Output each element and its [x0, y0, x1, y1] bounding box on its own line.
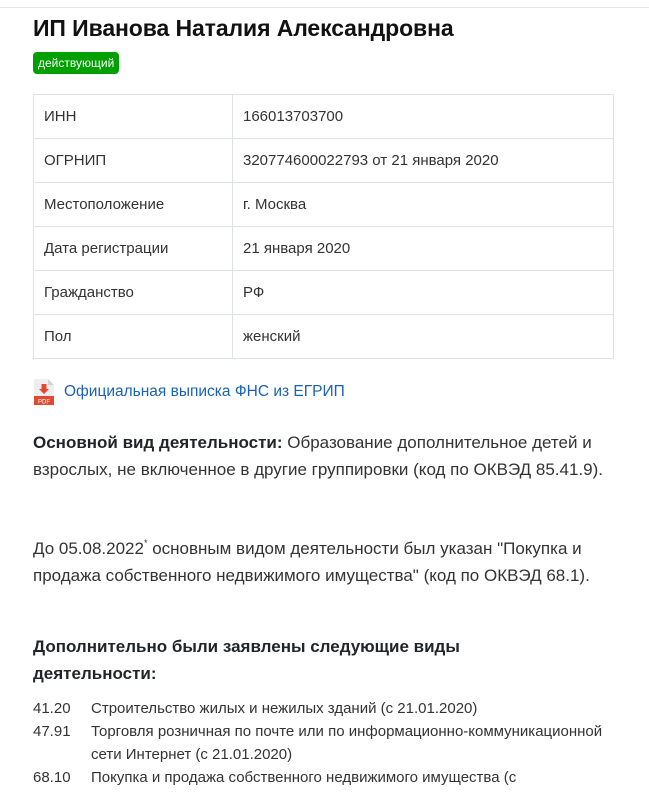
activity-code: 41.20 — [33, 697, 91, 720]
previous-activity-date: До 05.08.2022 — [33, 539, 144, 558]
egrip-extract-link[interactable]: PDF Официальная выписка ФНС из ЕГРИП — [33, 378, 345, 406]
main-activity-label: Основной вид деятельности: — [33, 433, 283, 452]
list-item: 41.20 Строительство жилых и нежилых здан… — [33, 697, 623, 720]
list-item: 68.10 Покупка и продажа собственного нед… — [33, 766, 623, 789]
egrip-extract-label: Официальная выписка ФНС из ЕГРИП — [64, 383, 345, 401]
row-key: Гражданство — [34, 271, 233, 315]
row-value: 166013703700 — [233, 95, 614, 139]
activity-desc: Строительство жилых и нежилых зданий (с … — [91, 697, 623, 720]
top-cutoff-strip — [0, 0, 649, 8]
row-key: Местоположение — [34, 183, 233, 227]
list-item: 47.91 Торговля розничная по почте или по… — [33, 720, 623, 766]
footnote-mark[interactable]: * — [144, 538, 148, 548]
row-key: ИНН — [34, 95, 233, 139]
status-badge: действующий — [33, 52, 119, 74]
activity-desc: Покупка и продажа собственного недвижимо… — [91, 766, 623, 789]
page-title: ИП Иванова Наталия Александровна — [33, 15, 454, 42]
row-value: 320774600022793 от 21 января 2020 — [233, 139, 614, 183]
info-table: ИНН 166013703700 ОГРНИП 320774600022793 … — [33, 94, 614, 359]
row-key: ОГРНИП — [34, 139, 233, 183]
additional-activities-list: 41.20 Строительство жилых и нежилых здан… — [33, 697, 623, 789]
table-row: ОГРНИП 320774600022793 от 21 января 2020 — [34, 139, 614, 183]
additional-activities-heading: Дополнительно были заявлены следующие ви… — [33, 633, 533, 687]
table-row: Гражданство РФ — [34, 271, 614, 315]
svg-text:PDF: PDF — [38, 400, 50, 406]
row-value: 21 января 2020 — [233, 227, 614, 271]
row-value: РФ — [233, 271, 614, 315]
activity-desc: Торговля розничная по почте или по инфор… — [91, 720, 623, 766]
row-key: Пол — [34, 315, 233, 359]
activity-code: 68.10 — [33, 766, 91, 789]
row-value: г. Москва — [233, 183, 614, 227]
activity-code: 47.91 — [33, 720, 91, 766]
table-row: ИНН 166013703700 — [34, 95, 614, 139]
previous-activity: До 05.08.2022* основным видом деятельнос… — [33, 535, 623, 589]
main-activity: Основной вид деятельности: Образование д… — [33, 429, 623, 483]
table-row: Дата регистрации 21 января 2020 — [34, 227, 614, 271]
table-row: Пол женский — [34, 315, 614, 359]
row-key: Дата регистрации — [34, 227, 233, 271]
row-value: женский — [233, 315, 614, 359]
pdf-file-icon: PDF — [33, 378, 55, 406]
table-row: Местоположение г. Москва — [34, 183, 614, 227]
